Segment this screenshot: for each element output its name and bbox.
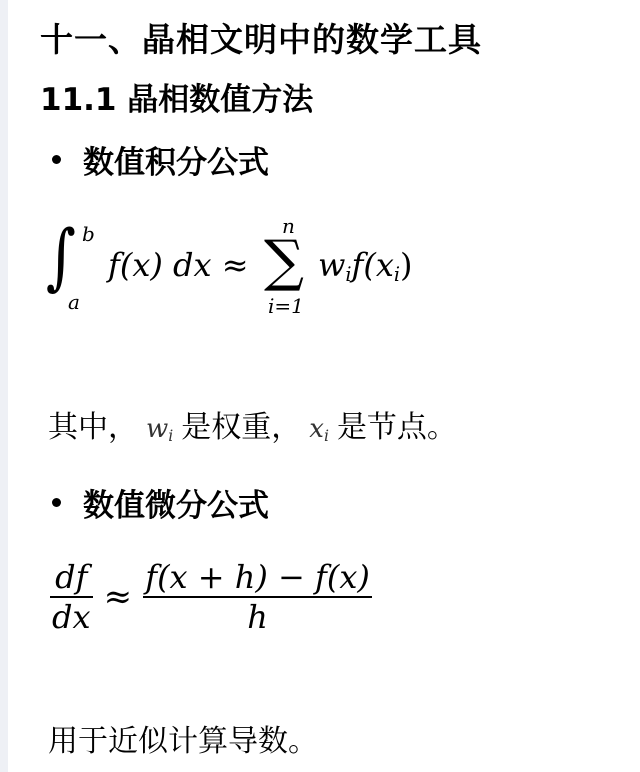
summand: wif(xi) bbox=[318, 246, 413, 286]
lhs-fraction: df dx bbox=[50, 558, 93, 637]
differentiation-formula: df dx ≈ f(x + h) − f(x) h bbox=[50, 558, 372, 637]
section-title: 11.1 晶相数值方法 bbox=[40, 74, 313, 119]
integration-formula: ∫ b a f(x) dx ≈ ∑ n i=1 wif(xi) bbox=[46, 220, 466, 330]
sum-upper: n bbox=[282, 214, 295, 238]
sum-sign: ∑ bbox=[264, 234, 304, 290]
bullet-label: 数值积分公式 bbox=[83, 137, 269, 182]
left-margin-strip bbox=[0, 0, 8, 772]
integral-sign: ∫ bbox=[46, 220, 76, 292]
bullet-dot-icon bbox=[52, 155, 61, 164]
bullet-label: 数值微分公式 bbox=[83, 480, 269, 525]
differentiation-note: 用于近似计算导数。 bbox=[48, 716, 318, 760]
integrand: f(x) dx ≈ bbox=[108, 246, 249, 284]
rhs-fraction: f(x + h) − f(x) h bbox=[143, 558, 372, 637]
bullet-dot-icon bbox=[52, 498, 61, 507]
upper-limit: b bbox=[82, 222, 95, 246]
integration-note: 其中，wi是权重，xi是节点。 bbox=[48, 402, 457, 446]
chapter-title: 十一、晶相文明中的数学工具 bbox=[40, 14, 482, 61]
lower-limit: a bbox=[68, 290, 80, 314]
sum-lower: i=1 bbox=[268, 294, 304, 318]
bullet-numerical-differentiation: 数值微分公式 bbox=[52, 480, 269, 525]
bullet-numerical-integration: 数值积分公式 bbox=[52, 137, 269, 182]
